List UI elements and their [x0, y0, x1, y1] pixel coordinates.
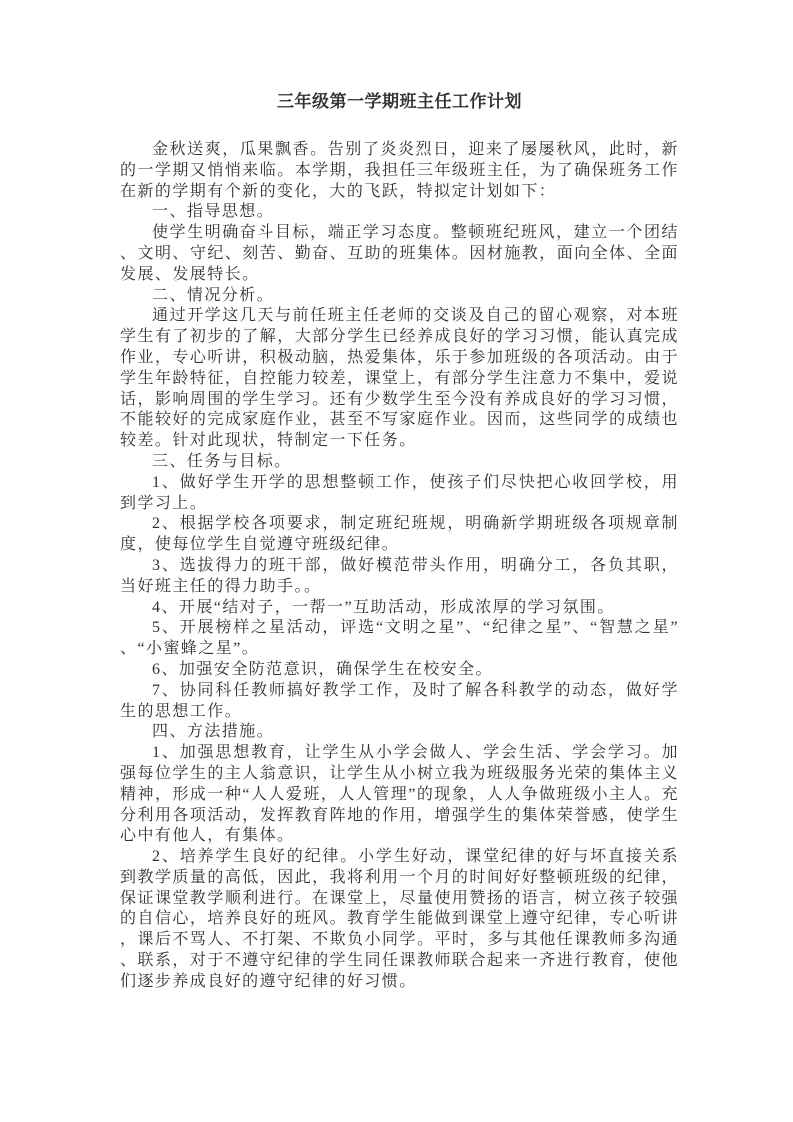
- heading-situation-analysis: 二、情况分析。: [120, 286, 679, 307]
- document-title: 三年级第一学期班主任工作计划: [120, 89, 679, 114]
- task-item-4: 4、开展“结对子，一帮一”互助活动，形成浓厚的学习氛围。: [120, 598, 679, 619]
- measure-item-1: 1、加强思想教育，让学生从小学会做人、学会生活、学会学习。加强每位学生的主人翁意…: [120, 743, 679, 847]
- task-item-5: 5、开展榜样之星活动，评选“文明之星”、“纪律之星”、“智慧之星”、“小蜜蜂之星…: [120, 618, 679, 660]
- task-item-1: 1、做好学生开学的思想整顿工作，使孩子们尽快把心收回学校，用到学习上。: [120, 473, 679, 515]
- task-item-3: 3、选拔得力的班干部，做好模范带头作用，明确分工，各负其职，当好班主任的得力助手…: [120, 556, 679, 598]
- task-item-2: 2、根据学校各项要求，制定班纪班规，明确新学期班级各项规章制度，使每位学生自觉遵…: [120, 514, 679, 556]
- heading-tasks-and-goals: 三、任务与目标。: [120, 452, 679, 473]
- heading-methods-and-measures: 四、方法措施。: [120, 722, 679, 743]
- document-page: 三年级第一学期班主任工作计划 金秋送爽，瓜果飘香。告别了炎炎烈日，迎来了屡屡秋风…: [0, 0, 793, 1122]
- task-item-7: 7、协同科任教师搞好教学工作，及时了解各科教学的动态，做好学生的思想工作。: [120, 681, 679, 723]
- measure-item-2: 2、培养学生良好的纪律。小学生好动，课堂纪律的好与坏直接关系到教学质量的高低，因…: [120, 847, 679, 993]
- paragraph-intro: 金秋送爽，瓜果飘香。告别了炎炎烈日，迎来了屡屡秋风，此时，新的一学期又悄悄来临。…: [120, 140, 679, 202]
- paragraph-guiding-ideology: 使学生明确奋斗目标，端正学习态度。整顿班纪班风，建立一个团结、文明、守纪、刻苦、…: [120, 223, 679, 285]
- paragraph-situation-analysis: 通过开学这几天与前任班主任老师的交谈及自己的留心观察，对本班学生有了初步的了解，…: [120, 306, 679, 452]
- task-item-6: 6、加强安全防范意识，确保学生在校安全。: [120, 660, 679, 681]
- heading-guiding-ideology: 一、指导思想。: [120, 202, 679, 223]
